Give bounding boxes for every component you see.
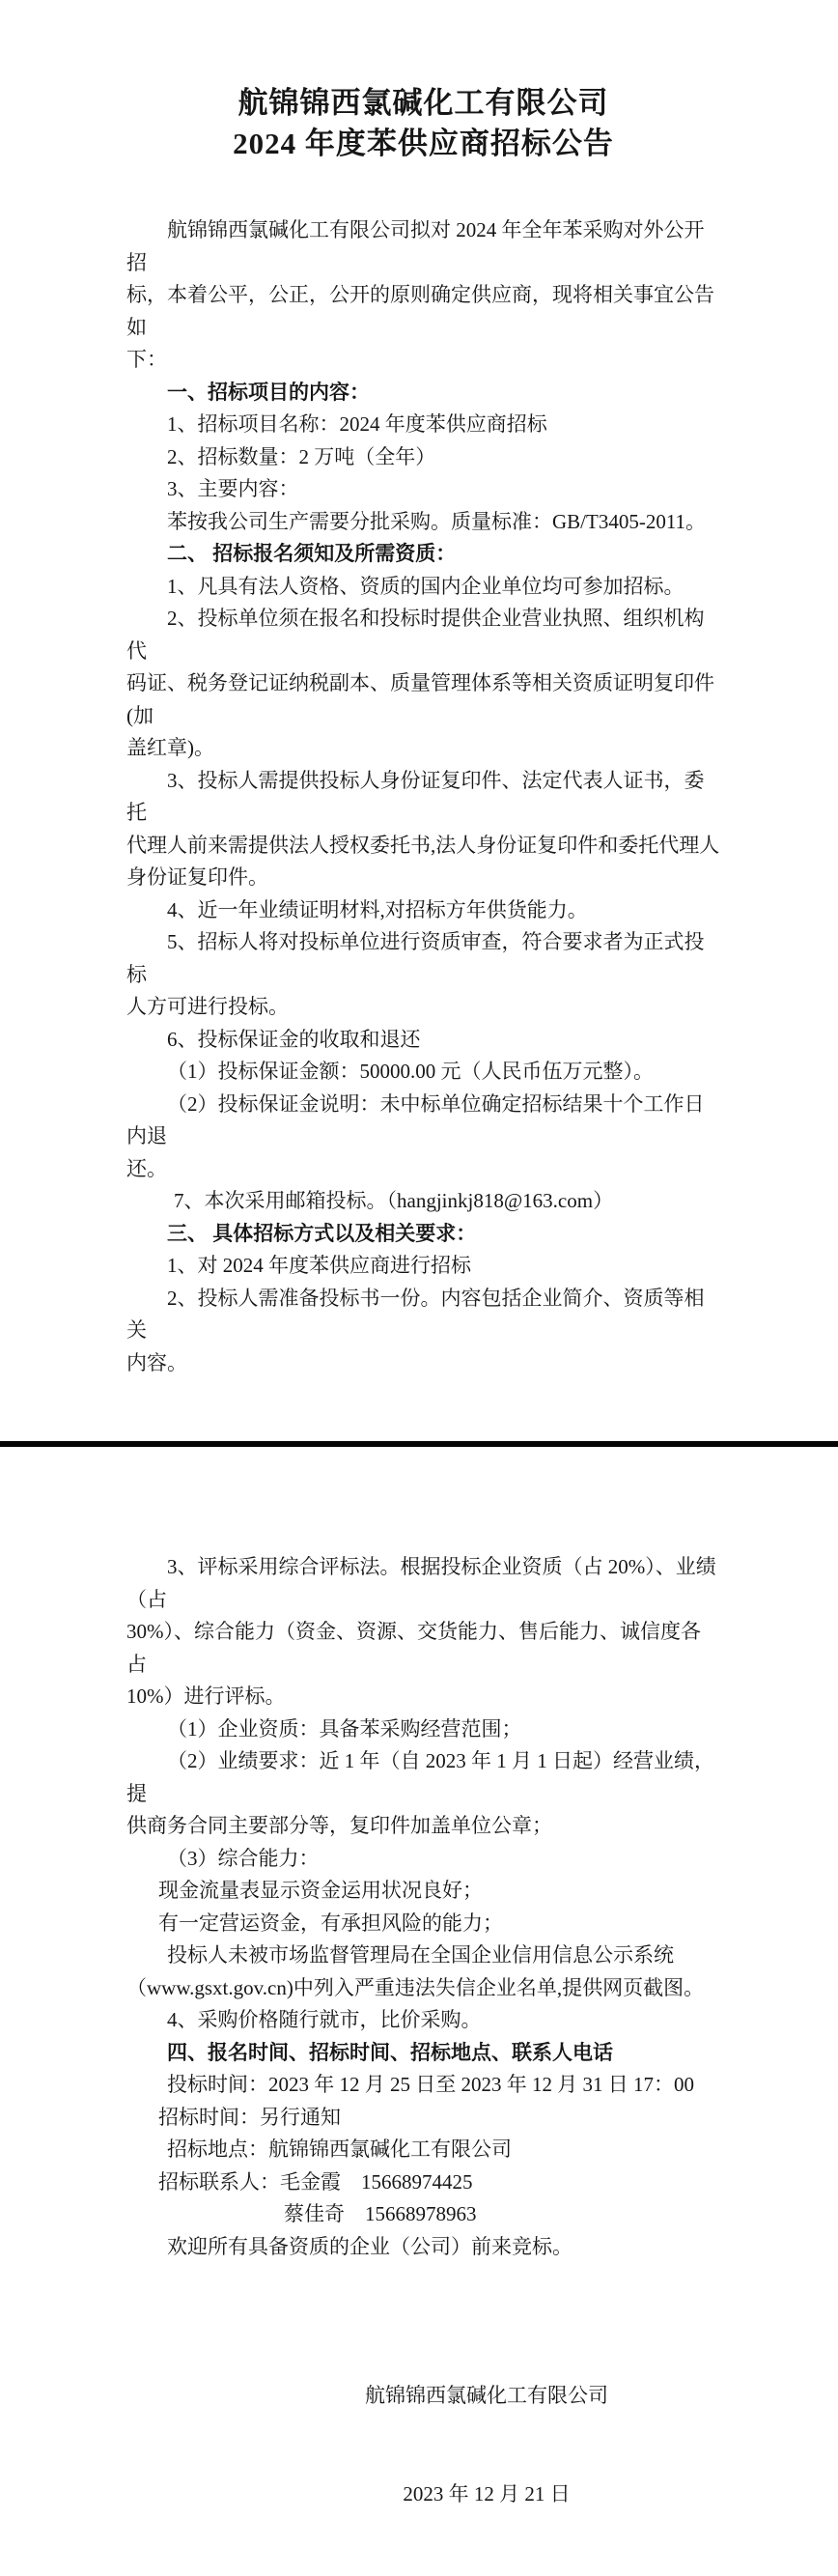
body-line: 供商务合同主要部分等，复印件加盖单位公章； [126,1810,720,1843]
section-heading-2: 二、 招标报名须知及所需资质： [126,538,720,571]
body-line: 2、招标数量：2 万吨（全年） [126,441,720,474]
body-line: 5、招标人将对投标单位进行资质审查，符合要求者为正式投标 [126,926,720,991]
body-line: 盖红章)。 [126,732,720,765]
signature-company: 航锦锦西氯碱化工有限公司 [337,2379,636,2412]
body-line: 2、投标人需准备投标书一份。内容包括企业简介、资质等相关 [126,1283,720,1347]
document-page: 航锦锦西氯碱化工有限公司 2024 年度苯供应商招标公告 航锦锦西氯碱化工有限公… [0,0,838,2576]
section-heading-4: 四、报名时间、招标时间、招标地点、联系人电话 [126,2037,720,2070]
body-line: 10%）进行评标。 [126,1681,720,1713]
contact-line-1: 招标联系人：毛金霞 15668974425 [126,2166,720,2199]
body-line: 3、投标人需提供投标人身份证复印件、法定代表人证书，委托 [126,765,720,830]
document-title-line1: 航锦锦西氯碱化工有限公司 [126,83,720,124]
page1-content: 航锦锦西氯碱化工有限公司 2024 年度苯供应商招标公告 航锦锦西氯碱化工有限公… [0,0,838,1379]
page2-content: 3、评标采用综合评标法。根据投标企业资质（占 20%）、业绩（占30%）、综合能… [0,1447,838,2576]
body-line: 4、近一年业绩证明材料,对招标方年供货能力。 [126,894,720,927]
body-line-url: （www.gsxt.gov.cn)中列入严重违法失信企业名单,提供网页截图。 [126,1972,720,2005]
body-line: （1）企业资质：具备苯采购经营范围； [126,1713,720,1746]
body-line: 有一定营运资金，有承担风险的能力； [126,1908,720,1940]
body-line: 6、投标保证金的收取和退还 [126,1024,720,1057]
body-line: 投标人未被市场监督管理局在全国企业信用信息公示系统 [126,1939,720,1972]
body-line: 还。 [126,1153,720,1186]
signature-date: 2023 年 12 月 21 日 [337,2477,636,2510]
body-line: 苯按我公司生产需要分批采购。质量标准：GB/T3405-2011。 [126,506,720,539]
page1-body: 航锦锦西氯碱化工有限公司拟对 2024 年全年苯采购对外公开招标，本着公平，公正… [126,214,720,1379]
section-heading-3: 三、 具体招标方式以及相关要求： [126,1218,720,1251]
body-line: （3）综合能力： [126,1843,720,1876]
intro-line: 下： [126,344,720,377]
body-line: 代理人前来需提供法人授权委托书,法人身份证复印件和委托代理人 [126,830,720,863]
intro-line: 航锦锦西氯碱化工有限公司拟对 2024 年全年苯采购对外公开招 [126,214,720,279]
body-line: 3、评标采用综合评标法。根据投标企业资质（占 20%）、业绩（占 [126,1551,720,1616]
body-line: 人方可进行投标。 [126,991,720,1024]
body-line: 身份证复印件。 [126,862,720,894]
document-title-line2: 2024 年度苯供应商招标公告 [126,124,720,164]
body-line: （2）业绩要求：近 1 年（自 2023 年 1 月 1 日起）经营业绩，提 [126,1745,720,1810]
bid-time-line: 投标时间：2023 年 12 月 25 日至 2023 年 12 月 31 日 … [126,2069,720,2102]
signature-block: 航锦锦西氯碱化工有限公司 2023 年 12 月 21 日 [337,2313,636,2576]
body-line: （1）投标保证金额：50000.00 元（人民币伍万元整）。 [126,1056,720,1089]
body-line: 现金流量表显示资金运用状况良好； [126,1875,720,1908]
body-line: 3、主要内容： [126,473,720,506]
body-line: 码证、税务登记证纳税副本、质量管理体系等相关资质证明复印件(加 [126,667,720,732]
body-line: （2）投标保证金说明：未中标单位确定招标结果十个工作日内退 [126,1089,720,1153]
document-title: 航锦锦西氯碱化工有限公司 2024 年度苯供应商招标公告 [126,83,720,164]
body-line: 1、凡具有法人资格、资质的国内企业单位均可参加招标。 [126,571,720,604]
tender-location-line: 招标地点：航锦锦西氯碱化工有限公司 [126,2134,720,2166]
intro-line: 标，本着公平，公正，公开的原则确定供应商，现将相关事宜公告如 [126,279,720,344]
section-heading-1: 一、招标项目的内容： [126,377,720,410]
closing-line: 欢迎所有具备资质的企业（公司）前来竞标。 [126,2231,720,2264]
body-line: 1、招标项目名称：2024 年度苯供应商招标 [126,409,720,441]
page2-body: 3、评标采用综合评标法。根据投标企业资质（占 20%）、业绩（占30%）、综合能… [126,1447,720,2263]
body-line-email: 7、本次采用邮箱投标。（hangjinkj818@163.com） [126,1185,720,1218]
contact-line-2: 蔡佳奇 15668978963 [126,2198,720,2231]
tender-time-line: 招标时间：另行通知 [126,2102,720,2135]
body-line: 30%）、综合能力（资金、资源、交货能力、售后能力、诚信度各占 [126,1616,720,1681]
body-line: 1、对 2024 年度苯供应商进行招标 [126,1250,720,1283]
body-line: 内容。 [126,1347,720,1380]
body-line: 4、采购价格随行就市，比价采购。 [126,2004,720,2037]
body-line: 2、投标单位须在报名和投标时提供企业营业执照、组织机构代 [126,603,720,667]
